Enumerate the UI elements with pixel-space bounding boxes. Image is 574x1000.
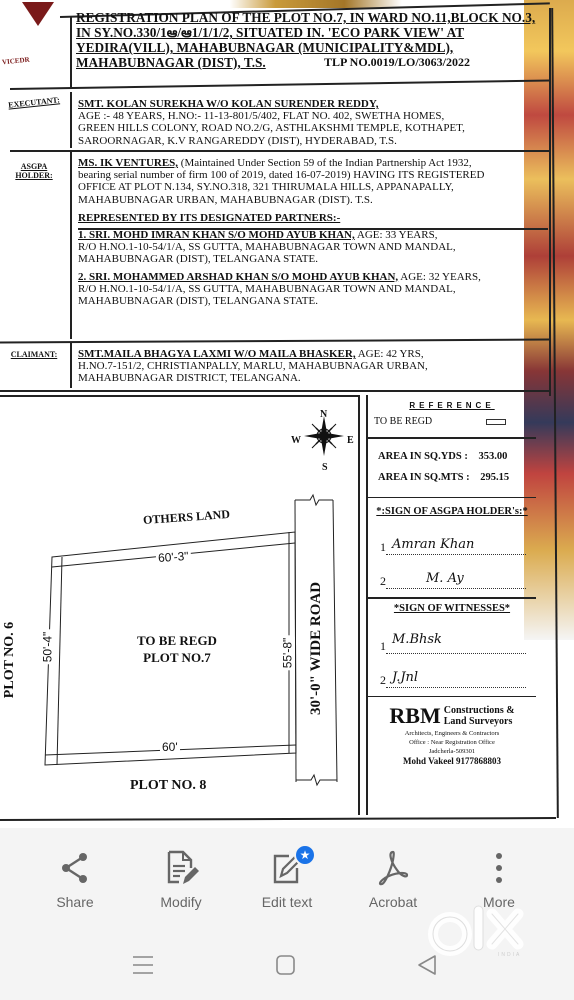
recent-apps-icon <box>132 954 154 976</box>
ref-divider <box>368 437 536 439</box>
dimension-east: 55'-8" <box>280 636 294 671</box>
surveyor-contact: Mohd Vakeel 9177868803 <box>368 756 536 766</box>
area-yds-label: AREA IN SQ.YDS : <box>378 451 468 462</box>
plan-separator <box>358 395 360 815</box>
executant-details: SMT. KOLAN SUREKHA W/O KOLAN SURENDER RE… <box>78 98 533 147</box>
reference-title: REFERENCE <box>368 401 536 410</box>
partner-2-age: AGE: 32 YEARS, <box>398 271 481 283</box>
executant-line: SAROORNAGAR, K.V RANGAREDDY (DIST), HYDE… <box>78 135 533 147</box>
document-viewer[interactable]: VICEDR REGISTRATION PLAN OF THE PLOT NO.… <box>0 0 574 828</box>
divider-4 <box>0 390 550 392</box>
partner-2-line: R/O H.NO.1-10-54/1/A, SS GUTTA, MAHABUBN… <box>78 283 533 295</box>
surveyor-logo: RBM <box>389 703 440 729</box>
claimant-age: AGE: 42 YRS, <box>356 348 424 360</box>
divider-asgpa <box>70 151 72 339</box>
recent-apps-button[interactable] <box>132 954 154 981</box>
claimant-label: CLAIMANT: <box>4 350 64 359</box>
executant-line: GREEN HILLS COLONY, ROAD NO.2/G, ASTHLAK… <box>78 122 533 134</box>
compass-west: W <box>291 435 301 446</box>
area-mts-value: 295.15 <box>480 472 509 483</box>
more-vertical-icon <box>479 848 519 888</box>
partner-1-line: R/O H.NO.1-10-54/1/A, SS GUTTA, MAHABUBN… <box>78 241 533 253</box>
olx-sub-label: INDIA <box>498 952 521 958</box>
witness-sign-title: *SIGN OF WITNESSES* <box>368 603 536 614</box>
asgpa-label: ASGPA HOLDER: <box>4 162 64 180</box>
asgpa-details: MS. IK VENTURES, (Maintained Under Secti… <box>78 157 533 307</box>
acrobat-button[interactable]: Acrobat <box>348 848 438 910</box>
asgpa-label-1: ASGPA <box>4 162 64 171</box>
asgpa-line: MAHABUBNAGAR URBAN, MAHABUBNAGAR (DIST).… <box>78 194 533 206</box>
plot-8-label: PLOT NO. 8 <box>130 778 206 794</box>
plot-label-line-1: TO BE REGD <box>137 632 217 649</box>
compass-south: S <box>322 462 328 473</box>
plot-label-line-2: PLOT NO.7 <box>137 649 217 666</box>
partner-1-line: MAHABUBNAGAR (DIST), TELANGANA STATE. <box>78 253 533 265</box>
ref-divider <box>368 597 536 599</box>
edit-text-button[interactable]: ★ Edit text <box>242 848 332 910</box>
divider-2 <box>10 150 550 152</box>
plot-label: TO BE REGD PLOT NO.7 <box>137 632 217 666</box>
divider-1 <box>10 80 550 90</box>
divider-title <box>70 16 72 88</box>
title-line-3: YEDIRA(VILL), MAHABUBNAGAR (MUNICIPALITY… <box>76 40 546 55</box>
ref-divider <box>368 497 536 499</box>
claimant-line: MAHABUBNAGAR DISTRICT, TELANGANA. <box>78 372 533 384</box>
surveyor-name-2: Land Surveyors <box>444 716 515 727</box>
road-label: 30'-0" WIDE ROAD <box>308 582 325 715</box>
executant-name: SMT. KOLAN SUREKHA W/O KOLAN SURENDER RE… <box>78 98 533 110</box>
surveyor-line-2: Office : Near Registration Office <box>368 738 536 747</box>
asgpa-line: OFFICE AT PLOT N.134, SY.NO.318, 321 THI… <box>78 181 533 193</box>
executant-label: EXECUTANT: <box>4 95 65 110</box>
legend-to-be-regd: TO BE REGD <box>374 416 432 427</box>
legend-box <box>486 419 506 425</box>
share-button[interactable]: Share <box>30 848 120 910</box>
signature-witness-2: J.Jnl <box>392 670 418 685</box>
partner-2-name: 2. SRI. MOHAMMED ARSHAD KHAN S/O MOHD AY… <box>78 271 398 283</box>
title-line-4: MAHABUBNAGAR (DIST), T.S. <box>76 55 546 70</box>
surveyor-name-1: Constructions & <box>444 705 515 716</box>
acrobat-label: Acrobat <box>369 894 417 910</box>
title-line-1: REGISTRATION PLAN OF THE PLOT NO.7, IN W… <box>76 10 546 25</box>
claimant-line: H.NO.7-151/2, CHRISTIANPALLY, MARLU, MAH… <box>78 360 533 372</box>
olx-logo-icon <box>428 904 538 964</box>
surveyor-line-1: Architects, Engineers & Contractors <box>368 729 536 738</box>
signature-asgpa-2: M. Ay <box>426 571 464 586</box>
partner-1-age: AGE: 33 YEARS, <box>355 229 438 241</box>
asgpa-name-suffix: (Maintained Under Section 59 of the Indi… <box>178 157 472 169</box>
area-yds-value: 353.00 <box>478 451 507 462</box>
compass-north: N <box>320 409 327 420</box>
claimant-details: SMT.MAILA BHAGYA LAXMI W/O MAILA BHASKER… <box>78 348 533 385</box>
tlp-number: TLP NO.0019/LO/3063/2022 <box>324 55 470 70</box>
surveyor-line-3: Jadcherla-509301 <box>368 747 536 756</box>
edit-text-label: Edit text <box>262 894 313 910</box>
partner-1-name: 1. SRI. MOHD IMRAN KHAN S/O MOHD AYUB KH… <box>78 229 355 241</box>
asgpa-label-2: HOLDER: <box>4 171 64 180</box>
divider-claimant <box>70 342 72 388</box>
share-label: Share <box>56 894 93 910</box>
dimension-west: 50'-4" <box>40 630 54 665</box>
modify-label: Modify <box>160 894 201 910</box>
ref-divider <box>368 696 536 698</box>
document-edit-icon <box>161 848 201 888</box>
signature-witness-1: M.Bhsk <box>392 632 442 647</box>
corner-mark <box>22 2 54 26</box>
executant-line: AGE :- 48 YEARS, H.NO:- 11-13-801/5/402,… <box>78 110 533 122</box>
surveyor-stamp: RBM Constructions &Land Surveyors Archit… <box>368 703 536 766</box>
stamp-mark: VICEDR <box>2 56 30 67</box>
reference-panel: REFERENCE TO BE REGD AREA IN SQ.YDS : 35… <box>368 398 536 818</box>
asgpa-name: MS. IK VENTURES, <box>78 157 178 169</box>
title-line-2: IN SY.NO.330/1ఆ/ఆ1/1/1/2, SITUATED IN. '… <box>76 25 546 40</box>
represented-heading: REPRESENTED BY ITS DESIGNATED PARTNERS:- <box>78 212 533 224</box>
divider-represented <box>78 228 548 230</box>
acrobat-icon <box>373 848 413 888</box>
modify-button[interactable]: Modify <box>136 848 226 910</box>
signature-asgpa-1: Amran Khan <box>392 537 474 552</box>
new-feature-badge: ★ <box>294 844 316 866</box>
asgpa-sign-title: *:SIGN OF ASGPA HOLDER's:* <box>368 506 536 517</box>
dimension-south: 60' <box>160 740 180 754</box>
claimant-name: SMT.MAILA BHAGYA LAXMI W/O MAILA BHASKER… <box>78 348 356 360</box>
partner-2-line: MAHABUBNAGAR (DIST), TELANGANA STATE. <box>78 295 533 307</box>
plot-6-label: PLOT NO. 6 <box>2 622 18 698</box>
divider-executant <box>70 92 72 148</box>
home-icon <box>275 954 297 976</box>
olx-watermark: INDIA <box>428 904 538 964</box>
asgpa-line: bearing serial number of firm 100 of 201… <box>78 169 533 181</box>
share-icon <box>55 848 95 888</box>
area-mts-label: AREA IN SQ.MTS : <box>378 472 470 483</box>
home-button[interactable] <box>275 954 297 981</box>
document-title: REGISTRATION PLAN OF THE PLOT NO.7, IN W… <box>76 10 546 70</box>
more-button[interactable]: More <box>454 848 544 910</box>
divider-3 <box>0 339 550 343</box>
compass-east: E <box>347 435 354 446</box>
dimension-north: 60'-3" <box>156 549 191 565</box>
